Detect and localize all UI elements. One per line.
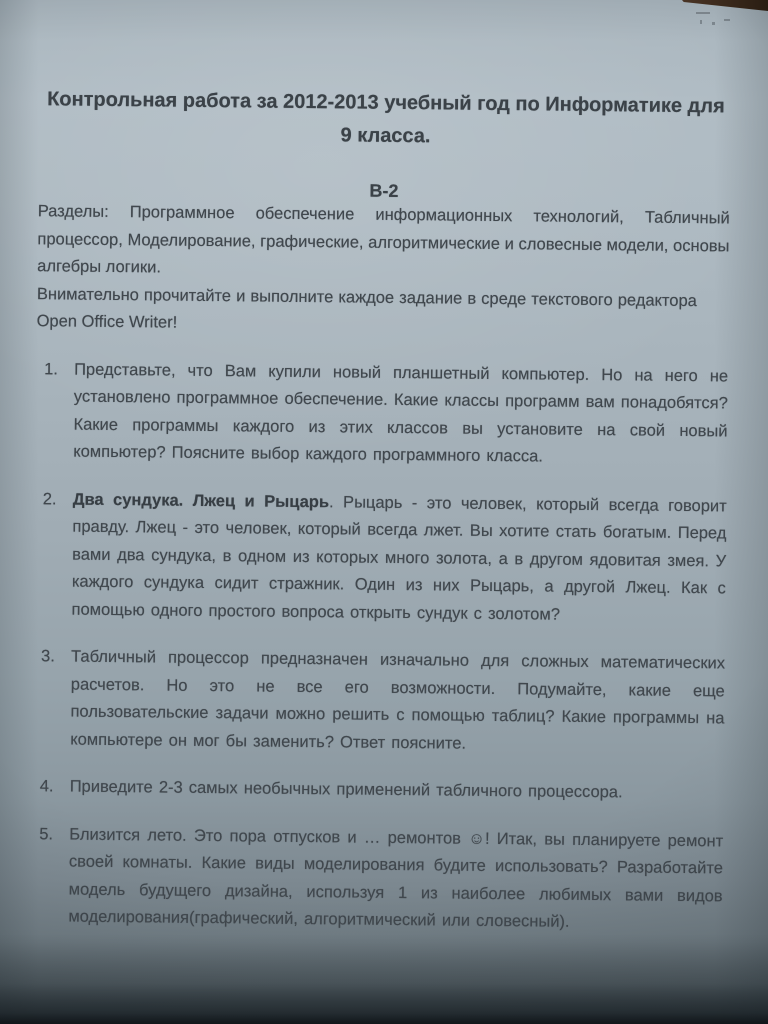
item-number: 4. (32, 773, 70, 801)
task-item-5: 5. Близится лето. Это пора отпусков и … … (30, 821, 723, 938)
task-item-3: 3. Табличный процессор предназначен изна… (32, 643, 725, 760)
document-body: Контрольная работа за 2012-2013 учебный … (0, 0, 768, 938)
task-list: 1. Представьте, что Вам купили новый пла… (30, 356, 728, 938)
item-text: Табличный процессор предназначен изначал… (70, 644, 725, 761)
item-number: 5. (30, 821, 69, 931)
item-text: Два сундука. Лжец и Рыцарь. Рыцарь - это… (71, 486, 726, 630)
item-text: Представьте, что Вам купили новый планше… (73, 356, 728, 473)
item-text: Приведите 2-3 самых необычных применений… (70, 774, 724, 808)
photographed-test-paper: Контрольная работа за 2012-2013 учебный … (0, 0, 768, 1024)
item-lead-bold: Два сундука. Лжец и Рыцарь (73, 490, 329, 511)
task-item-2: 2. Два сундука. Лжец и Рыцарь. Рыцарь - … (33, 486, 726, 631)
item-body: Представьте, что Вам купили новый планше… (73, 360, 728, 465)
item-number: 3. (32, 643, 71, 753)
task-item-4: 4. Приведите 2-3 самых необычных примене… (32, 773, 724, 808)
item-body: . Рыцарь - это человек, который всегда г… (72, 493, 727, 623)
item-number: 1. (35, 356, 74, 466)
item-body: Близится лето. Это пора отпусков и … рем… (68, 825, 723, 931)
item-text: Близится лето. Это пора отпусков и … рем… (68, 821, 723, 938)
item-number: 2. (33, 486, 72, 624)
item-body: Табличный процессор предназначен изначал… (70, 648, 725, 753)
faint-pencil-marks (696, 12, 742, 30)
sections-paragraph: Разделы: Программное обеспечение информа… (37, 198, 730, 288)
paper-content: Контрольная работа за 2012-2013 учебный … (0, 0, 768, 958)
document-title: Контрольная работа за 2012-2013 учебный … (38, 83, 733, 156)
item-body: Приведите 2-3 самых необычных применений… (70, 778, 623, 802)
task-item-1: 1. Представьте, что Вам купили новый пла… (35, 356, 728, 473)
instruction-paragraph: Внимательно прочитайте и выполните каждо… (36, 281, 697, 343)
